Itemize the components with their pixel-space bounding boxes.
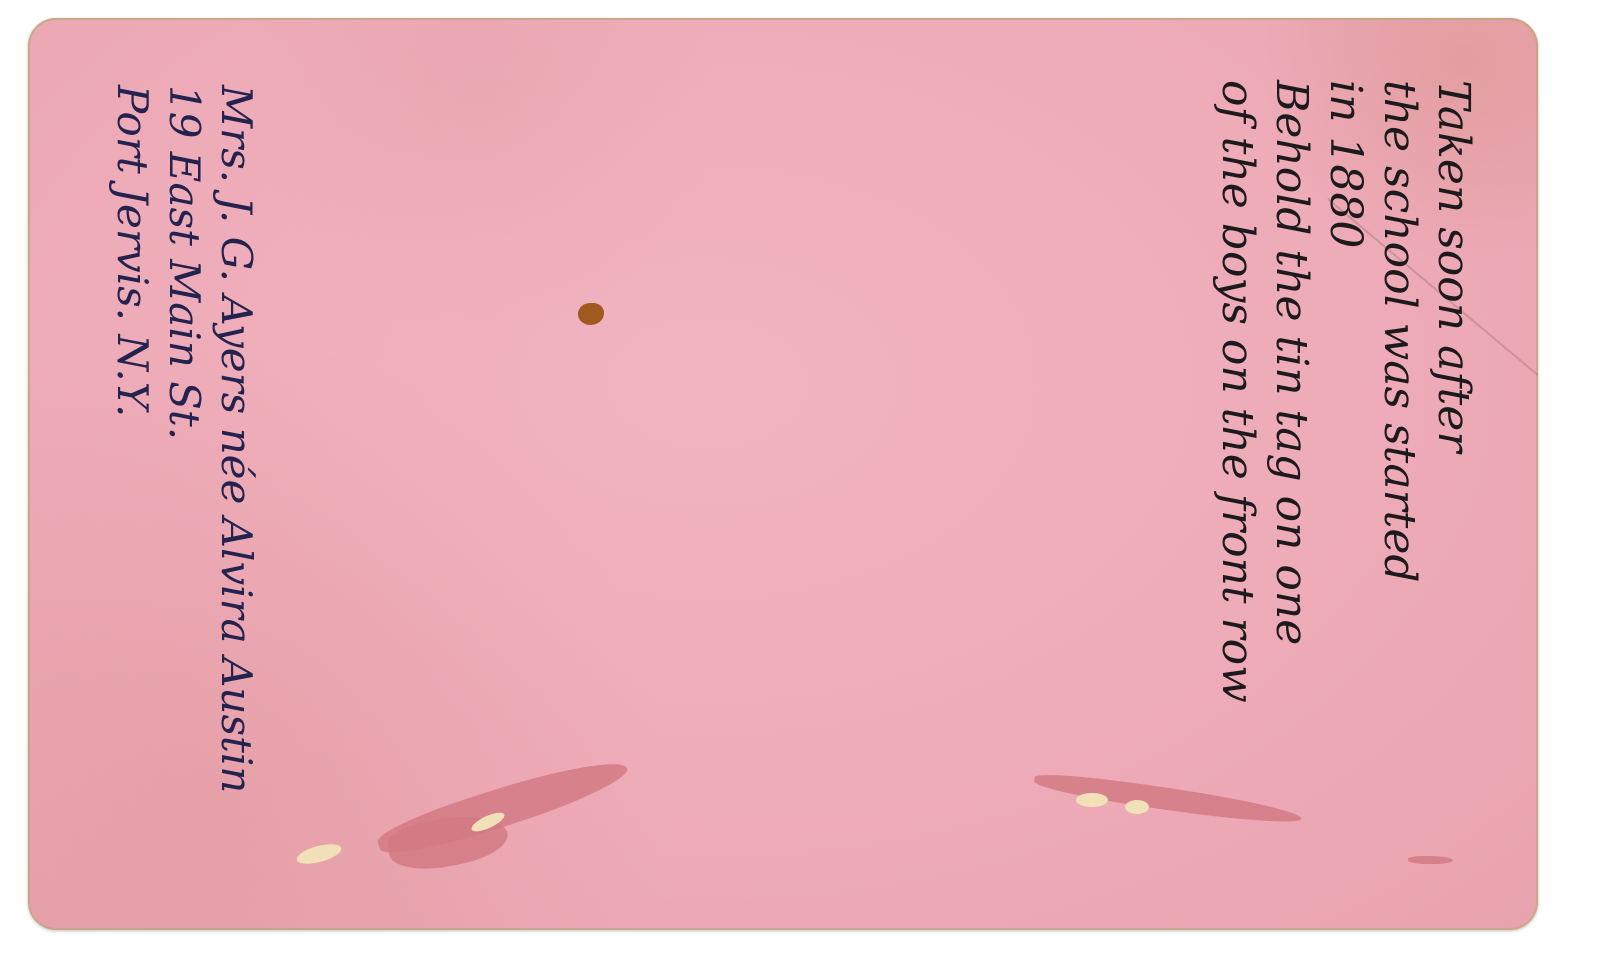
brown-spot (578, 303, 604, 325)
note-line: Taken soon after (1426, 80, 1480, 703)
note-line: the school was started (1372, 80, 1426, 703)
handwritten-note: Taken soon after the school was started … (1210, 80, 1480, 703)
note-line: Behold the tin tag on one (1264, 80, 1318, 703)
address-street: 19 East Main St. (158, 85, 210, 793)
paper-loss (1125, 800, 1149, 814)
note-line: of the boys on the front row (1210, 80, 1264, 703)
handwritten-address: Mrs. J. G. Ayers née Alvira Austin 19 Ea… (106, 85, 262, 793)
stain-mark (1408, 856, 1453, 864)
note-line: in 1880 (1318, 80, 1372, 703)
address-name: Mrs. J. G. Ayers née Alvira Austin (210, 85, 262, 793)
paper-loss (1076, 793, 1108, 807)
stain-mark (1033, 769, 1303, 828)
address-city: Port Jervis. N.Y. (106, 85, 158, 793)
paper-loss (295, 840, 344, 867)
